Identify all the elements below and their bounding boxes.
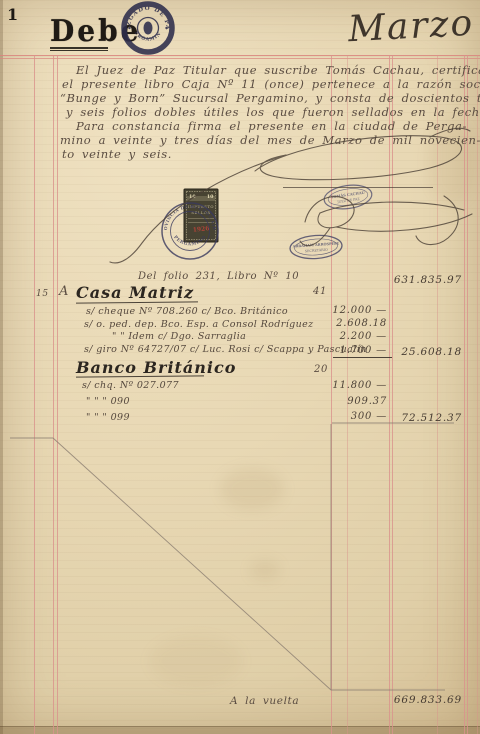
- secretary-oval-stamp: ABRAHAM ARROSPIDE SECRETARIO: [289, 234, 342, 261]
- round-seal-bottom-text: PERGAMINO: [172, 235, 208, 247]
- account-title: Banco Británico: [76, 358, 236, 377]
- ledger-item-amount: 909.37: [330, 396, 387, 407]
- paper-stain: [150, 636, 242, 686]
- judge-oval-name: TOMÁS CACHAU: [330, 190, 365, 200]
- certificate-line: “Bunge y Born” Sucursal Pergamino, y con…: [60, 92, 480, 105]
- column-rule: [464, 55, 465, 734]
- ledger-item-amount: 300 —: [330, 411, 387, 422]
- ledger-item-amount: 12.000 —: [330, 305, 387, 316]
- ledger-item-desc: s/ cheque Nº 708.260 c/ Bco. Británico: [86, 306, 288, 317]
- certificate-line: y seis folios dobles útiles los que fuer…: [66, 106, 480, 119]
- margin-rule: [34, 55, 35, 734]
- carry-forward-note: A la vuelta: [230, 695, 299, 707]
- folio-ref: 20: [314, 364, 328, 375]
- page-number: 1: [7, 5, 18, 24]
- ledger-item-amount: 1.700 —: [330, 345, 387, 356]
- revenue-year-overprint: 1926: [192, 225, 209, 234]
- subtotal-rule: [333, 357, 392, 358]
- ledger-item-desc: " " " 099: [86, 412, 130, 423]
- carry-note: Del folio 231, Libro Nº 10: [138, 271, 299, 282]
- ledger-item-desc: " " Idem c/ Dgo. Sarraglia: [112, 331, 246, 342]
- secretary-oval-name: ABRAHAM ARROSPIDE: [292, 241, 340, 248]
- folio-ref: 41: [313, 286, 327, 297]
- ledger-item-amount: 2.608.18: [330, 318, 387, 329]
- ledger-item-desc: s/ giro Nº 64727/07 c/ Luc. Rosi c/ Scap…: [84, 344, 367, 355]
- column-rule: [347, 55, 348, 734]
- ledger-item-amount: 11.800 —: [330, 380, 387, 391]
- entry-date: 15: [36, 289, 49, 299]
- ledger-page: 1 Debe Marzo El Juez de Paz Titular que …: [0, 0, 480, 734]
- column-rule: [389, 55, 390, 734]
- revenue-value-left: 10: [189, 194, 196, 200]
- certificate-line: el presente libro Caja Nº 11 (once) pert…: [62, 78, 480, 91]
- ledger-item-amount: 2.200 —: [330, 331, 387, 342]
- debit-header-underline: [50, 50, 108, 51]
- revenue-stamp: 10 10 IMPUESTO SELLOS 1926: [184, 189, 218, 242]
- column-rule: [437, 55, 438, 734]
- paper-stain: [220, 468, 284, 510]
- account-title: Casa Matriz: [76, 283, 194, 302]
- column-rule: [477, 55, 478, 734]
- secretary-signature: [300, 196, 472, 246]
- revenue-sublabel: SELLOS: [191, 210, 210, 215]
- debit-header-underline: [50, 47, 108, 49]
- certificate-line: to veinte y seis.: [62, 148, 172, 161]
- page-edge-bottom: [0, 726, 480, 734]
- header-rule-bottom: [0, 58, 480, 59]
- certificate-line: mino a veinte y tres días del mes de Mar…: [60, 134, 480, 147]
- debit-header: Debe: [50, 13, 142, 49]
- svg-text:PERGAMINO: PERGAMINO: [172, 235, 208, 247]
- column-rule: [467, 55, 468, 734]
- carry-total: 631.835.97: [392, 274, 462, 286]
- account-title-underline: [76, 301, 198, 304]
- entry-ref: A: [59, 284, 69, 299]
- column-rule: [331, 55, 332, 734]
- account-title-underline: [76, 375, 204, 378]
- account-total: 25.608.18: [392, 346, 462, 358]
- page-total: 669.833.69: [392, 694, 462, 706]
- paper-stain: [250, 560, 280, 580]
- judge-oval-title: JUEZ DE PAZ: [336, 197, 361, 204]
- account-total: 72.512.37: [392, 412, 462, 424]
- margin-rule: [57, 55, 58, 734]
- header-rule-top: [0, 55, 480, 56]
- column-rule: [392, 55, 393, 734]
- certificate-line: Para constancia firma el presente en la …: [76, 120, 467, 133]
- revenue-label: IMPUESTO: [188, 204, 214, 209]
- month-header: Marzo: [347, 3, 475, 51]
- page-edge-left: [0, 0, 3, 734]
- ledger-item-desc: " " " 090: [86, 396, 130, 407]
- secretary-oval-title: SECRETARIO: [305, 248, 328, 254]
- certificate-line: El Juez de Paz Titular que suscribe Tomá…: [76, 64, 480, 77]
- ledger-item-desc: s/ o. ped. dep. Bco. Esp. a Consol Rodrí…: [84, 319, 314, 330]
- ledger-item-desc: s/ chq. Nº 027.077: [82, 380, 179, 391]
- revenue-value-right: 10: [207, 194, 214, 200]
- margin-rule: [53, 55, 54, 734]
